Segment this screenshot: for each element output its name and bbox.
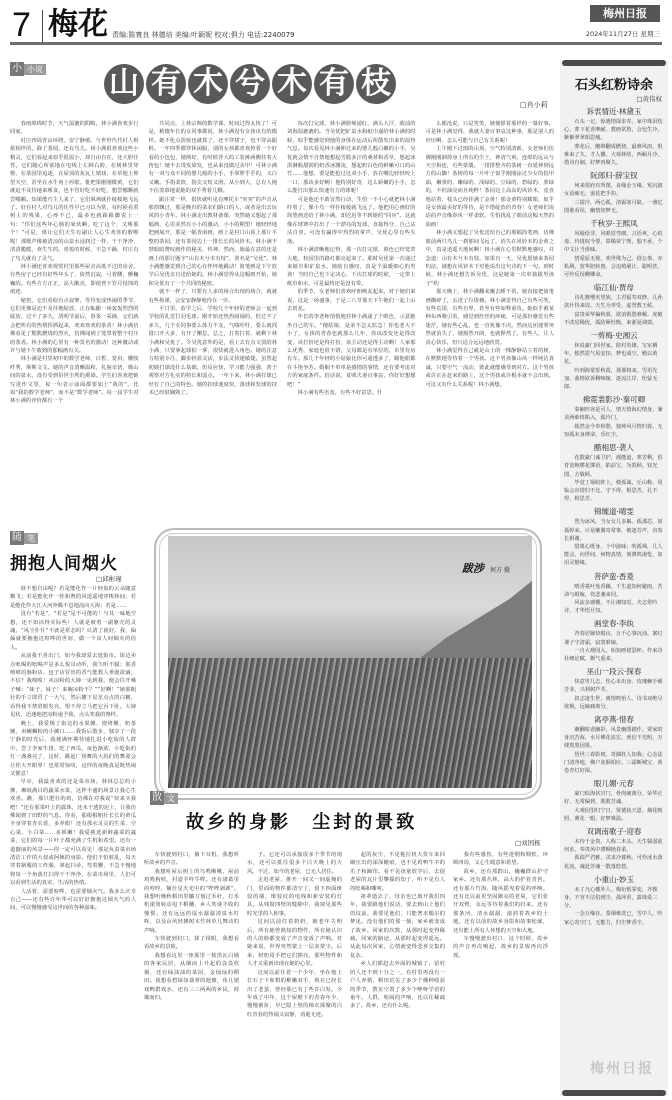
paragraph: 共同点，上林宗师的数学课，时间过得太快了！可是，稍微年长的女同事都说，林小满没有… bbox=[149, 120, 278, 196]
story3-column-2: 子。它还可以承接很多个季节的雨水，还可以抵住很多个白天晚上的大风。不过，如今的老… bbox=[247, 851, 342, 1095]
grass-field bbox=[168, 658, 532, 788]
logo-watermark: 梅州日报 bbox=[590, 1058, 654, 1078]
category-tag-label: 文 bbox=[164, 793, 178, 804]
poem: 锦缠道·晴雯烈为冰风，当女女儿多累。孤那芯，如孤婷来。计是嫩翼寄常事，被逐芳声，… bbox=[564, 506, 664, 567]
paragraph: 子。它还可以承接很多个季节的雨水，还可以抵住很多个白天晚上的大风。不过，如今的老… bbox=[247, 851, 342, 876]
scroll-rod-top bbox=[562, 60, 666, 66]
editor-credits: 责编:陈寰良 林德培 美编:叶颖妮 校对:俱力 电话:2240079 bbox=[112, 30, 295, 40]
category-tag-box: 小 bbox=[10, 62, 24, 76]
poem: 离亭燕·惜春蘸翻暗香幽彩，风景幽图描作。贾家的身沉苦海，水月佛花流宏。虔信不光明… bbox=[564, 714, 664, 775]
poem: 千秋岁·王熙凤风疑给非，风眼眉弯细。言话爽，心机毒。玲珑权今要，算稀荣宁理，独不… bbox=[564, 218, 664, 279]
stanza: 叔志逢生世，离情鸣怡人。诗书双绝尽欲极，远嫁痛离分。 bbox=[564, 695, 664, 711]
stanza: 孤债严君雅，贪求冷暮秋。可怜冰水落花流，魂赴芳魂一散落悠悠。 bbox=[564, 854, 664, 870]
paragraph: 谁不想自由呢？若是能化作一片轻盈的云朵随意飘飞；若是能化作一阵和煦的风逍遥地穿梭… bbox=[10, 585, 136, 610]
stanza: 吟到海棠誓秋霞，那那将来，雪语先加。曲情欲诉剩啼嫁，逐流江岸，纷萤无郎。 bbox=[564, 367, 664, 392]
newspaper-logo: 梅州日报 bbox=[590, 5, 660, 22]
section-name: 梅花 bbox=[48, 8, 108, 42]
poetry-sidebar: 石头红粉诗余 □黄伟权 诉衷情近·林黛玉石头一记，惊遇情深求寿。家中珠泪伤心，葬… bbox=[560, 60, 668, 1096]
poem-title: 离亭燕·惜春 bbox=[564, 714, 664, 726]
stanza: 一自大观园入，始知画裙瑟杯。作来诗社细论赋，颇气重来。 bbox=[564, 647, 664, 663]
paragraph: 上午刚下过雨的山顶，空气特别清新。女老师们仿佛刚刚卸掉身上所有的尘土，神清气爽。… bbox=[426, 145, 555, 229]
paragraph: 走进老屋，推开一间又一间虚掩的门，里面的物件都清空了，留下四面斑驳的墙，斑驳纹的… bbox=[247, 876, 342, 918]
paragraph: 车快驶到村口，揉了揉眼，我想看看故乡的景致。 bbox=[144, 935, 239, 952]
paragraph: 林小满是村里初中的数学老师，白皙，宽肩，腰肢纤秀，斯斯文文。她的声音清晰温和，礼… bbox=[10, 355, 139, 405]
poem-title: 巫山一段云·探春 bbox=[564, 666, 664, 678]
poem: 阮郎归·薛宝钗何来贾府有所图，良缘金玉缘。冤沉淑女话痴无，姜花把手扣。三提冷，两… bbox=[564, 170, 664, 215]
paragraph: 可是他还不敢冒然行动，生怕一不小心就把林小满吓着了，像小鸟一样扑棱棱就飞远了。他… bbox=[287, 196, 416, 246]
story3-column-4: 我有些感伤，有些迷惘和惆怅。环顾四周，又心生暖意和希望。 故乡，还有那群山，巍巍… bbox=[453, 851, 548, 1095]
poem: 巫山一段云·探春快意男儿志，伤心未出身。玫瑰棘手刺芳菲，兴利树芦萃。叔志逢生世，… bbox=[564, 666, 664, 711]
stanza: 何来贾府有所图，良缘金玉缘。冤沉淑女话痴无，姜花把手扣。 bbox=[564, 182, 664, 198]
paragraph: 林小满觉得自己就是山上的一棵静静站立着的树，在默默地等待着一个男孩。这个男孩像山… bbox=[426, 347, 555, 389]
poem: 一剪梅·史湘云休说豪门回世家，陪衬英雄，宝室栖年。独然霓气易安扣，梦也成空，殿以… bbox=[564, 330, 664, 391]
poem: 双调南歌子·迎春本待千金贵，人称二木头。天生懦弱欲何求，奉贵风中薄柳挽春柔。孤债… bbox=[564, 826, 664, 871]
poem: 小重山·妙玉未了凡心槛外人。梅衍低霏变，齐独身。不容不洁俗到尘，孤萍香，露珠爱三… bbox=[564, 874, 664, 927]
paragraph: 的季节，女老师们喜欢呼朋唤友起来。对于她们来说，这是一场盛事，于是三八节那天下午… bbox=[287, 288, 416, 313]
paragraph: 人活着，需要喧哗，也需要烟火气。我多么庆幸自己——还有些许年华可以好好拥抱这烟火… bbox=[10, 888, 136, 913]
poem-title: 拂霓裳影沙·秦可卿 bbox=[564, 394, 664, 406]
paragraph: 早市，我最喜欢的还是菜市场。林林总总的小摊，琳琅满目的蔬菜水果，这样丰盛的场景让… bbox=[10, 778, 136, 887]
paragraph: 晚上，我爱极了街边的水果摊、烧烤摊、奶茶摊、卖螺蛳粉的小摊口……我饭后散步，独享… bbox=[10, 720, 136, 779]
poem-title: 眼儿媚·元春 bbox=[564, 778, 664, 790]
stanza: 未了凡心槛外人。梅衍低霏变，齐独身。不容不洁俗到尘，孤萍香，露珠爱三分。 bbox=[564, 886, 664, 911]
stanza: 嫣然金今奉相愁，独钟风月情归春。无知孤未身薄命，乐红尘。 bbox=[564, 423, 664, 439]
scroll-rod-bottom bbox=[562, 1090, 666, 1096]
poem-title: 锦缠道·晴雯 bbox=[564, 506, 664, 518]
stanza: 诗礼簪缨名望族，主君福寿双修。儿孙款什待来周。天生为辜受，虚誉教王候。 bbox=[564, 294, 664, 310]
headline-char: 木 bbox=[188, 64, 228, 104]
story3-column-1: 车快驶到村口，摘下耳机，我想听听故乡的声音。 我想听屋后树上的鸟鸣啾啾，屋前鸡鸣… bbox=[144, 851, 239, 1095]
story2-category-tag: 随 笔 bbox=[10, 531, 38, 545]
paragraph: 祖辈逝去了，母亲也已离开我们四年。我要跟他们说话，要去到山上他们的坟前。我要见他… bbox=[350, 893, 445, 960]
sidebar-byline: □黄伟权 bbox=[636, 94, 662, 103]
sidebar-title: 石头红粉诗余 bbox=[564, 74, 664, 93]
category-tag-box: 随 bbox=[10, 531, 24, 545]
paragraph: 这间以前住着一个少年，坐在地上打石子下象棋的稚嫩双手，现在已经长出了老茧，曾经那… bbox=[247, 969, 342, 1019]
poem-title: 千秋岁·王熙凤 bbox=[564, 218, 664, 230]
story3-headline: 故乡的身影 尘封的景致 bbox=[186, 808, 417, 834]
paragraph: 那天晚上，林小满翻来覆去睡不着。她直接把简笔画撕碎了，丢进了垃圾桶。林小满觉得自… bbox=[426, 288, 555, 347]
masthead-divider bbox=[42, 10, 43, 44]
story3-column-3: 起的灰尘，不见拖拉机大货车来回碾压出的深深辙痕，也不见鸡鸭牛羊的爪子和蹄印。看不… bbox=[350, 851, 445, 1095]
paragraph: 每次打完球，林小满脸颊通红，满头大汗，眼前的刘海湿漉漉的。当吴优把矿泉水和纸巾递… bbox=[287, 120, 416, 196]
photo-credit: 何方 摄 bbox=[490, 565, 510, 574]
poem: 临江仙·贾母诗礼簪缨名望族，主君福寿双修。儿孙款什待来周。天生为辜受，虚誉教王候… bbox=[564, 282, 664, 327]
paragraph: 么都没说，只是笑笑，她憧憬着那样的一幕好事。可是林小满觉得，我就大妻百事哀这种事… bbox=[426, 120, 555, 145]
category-tag-label: 笔 bbox=[24, 533, 38, 544]
story1-column-3: 每次打完球，林小满脸颊通红，满头大汗，眼前的刘海湿漉漉的。当吴优把矿泉水和纸巾递… bbox=[287, 120, 416, 515]
photo-caption-title: 跋涉 bbox=[462, 560, 484, 576]
poem-title: 一剪梅·史湘云 bbox=[564, 330, 664, 342]
masthead: 7 梅花 责编:陈寰良 林德培 美编:叶颖妮 校对:俱力 电话:2240079 … bbox=[0, 0, 672, 46]
stanza: 石头一记，惊遇情深求寿。家中珠泪伤心，葬下花香摩耐。教画常愁，会包生冷，紫紫翠翠… bbox=[564, 118, 664, 143]
paragraph: 我想听屋后树上的鸟鸣啾啾，屋前鸡鸣狗吠，村道羊咩牛哞。还有诸葛里的哼哼，额仕星火… bbox=[144, 868, 239, 935]
stanza: 休说豪门回世家，陪衬英雄，宝室栖年。独然霓气易安扣，梦也成空，殿以黄花。 bbox=[564, 342, 664, 367]
poem-title: 菩萨蛮·香菱 bbox=[564, 571, 664, 583]
paragraph: 乡人们都趋去外面的城镇了，留村的人还不到十分之一。有村里再没有一户人养猪，稻田荒… bbox=[350, 960, 445, 1010]
page-number: 7 bbox=[12, 8, 31, 42]
stanza: 风流多感慨，不让湘知觉。夫志常吟诗，才华悟月知。 bbox=[564, 599, 664, 615]
category-tag-box: 散 bbox=[150, 791, 164, 805]
story1-column-4: 么都没说，只是笑笑，她憧憬着那样的一幕好事。可是林小满觉得，我就大妻百事哀这种事… bbox=[426, 120, 555, 515]
poem-title: 醋相思·袭人 bbox=[564, 442, 664, 454]
poem: 拂霓裳影沙·秦可卿秦娴形容是可人，情天情海幻情身。兼美两难终陷入，孤玲门。嫣然金… bbox=[564, 394, 664, 439]
poem: 画堂春·李纨青春居嫁快婚良，万千心事沉浊。案灯课子守清霜，寂寞难娘。一自大观园入… bbox=[564, 618, 664, 663]
poem-title: 阮郎归·薛宝钗 bbox=[564, 170, 664, 182]
paragraph: 起的灰尘，不见拖拉机大货车来回碾压出的深深辙痕，也不见鸡鸭牛羊的爪子和蹄印。看不… bbox=[350, 851, 445, 893]
paragraph: 故乡，还有那群山，巍巍群山护守家乡。还有那丛林，高大的护着青苔。还有那片竹海，随… bbox=[453, 868, 548, 935]
paragraph: 就不一样了，只要有人多的场合出现的场合，就就有些拘谨，会安安静静地待在一旁。 bbox=[149, 288, 278, 305]
stanza: 情爱原无视，欢世殊为己。借公事，亦私利。宽华陪转惠，会追殖屠计。聪明甚，可怜反误… bbox=[564, 255, 664, 280]
story1-category-tag: 小 小说 bbox=[10, 62, 46, 76]
story1-column-1: 春雨绵绵时节，天气湿漉的阴晦，林小满喜欢步行回家。 村庄四周青山环绕，安宁静谧。… bbox=[10, 120, 139, 515]
headline-char: 木 bbox=[272, 64, 312, 104]
poem: 诉衷情近·林黛玉石头一记，惊遇情深求寿。家中珠泪伤心，葬下花香摩耐。教画常愁，会… bbox=[564, 106, 664, 167]
stanza: 一念万缘存。茶烟难洗已，雪中人。吟家心寄空门，无能力，归尘梦香尘。 bbox=[564, 910, 664, 926]
masthead-rule bbox=[10, 42, 662, 45]
headline-char: 兮 bbox=[230, 64, 270, 104]
poem-title: 临江仙·贾母 bbox=[564, 282, 664, 294]
stanza: 三提冷，两心孤，清霜寒月缺。一盏忆图谁看误，幽情知梦无。 bbox=[564, 199, 664, 215]
paragraph: 跟注常一样，很快就听见有摩托车“突突”的声音从那窗飘过，那是晚归的菜农们路口的人… bbox=[149, 196, 278, 288]
stanza: 快意男儿志，伤心未出身。玫瑰棘手刺芳菲，兴利树芦萃。 bbox=[564, 678, 664, 694]
stanza: 豪门似海伏宫门，骨肉痛离分。荣华正好，无常偏到，耽耽芳魂。 bbox=[564, 790, 664, 806]
paragraph: 我有些感伤，有些迷惘和惆怅。环顾四周，又心生暖意和希望。 bbox=[453, 851, 548, 868]
story2-byline: □邱彬瑾 bbox=[96, 574, 122, 583]
story3-byline: □刘国栋 bbox=[515, 838, 541, 847]
paragraph: 车慢慢驶出村口，这个时候，故乡的声音再次响起，故乡的景致再次浮现。 bbox=[453, 935, 548, 960]
paragraph: 平日里，放学之后，学校几个年轻的老师会一起到学校的礼堂打羽毛球。刚开始还热热闹闹… bbox=[149, 305, 278, 397]
story1-column-2: 共同点，上林宗师的数学课，时间过得太快了！可是，稍微年长的女同事都说，林小满没有… bbox=[149, 120, 278, 515]
headline-char: 有 bbox=[146, 64, 186, 104]
poem-list: 诉衷情近·林黛玉石头一记，惊遇情深求寿。家中珠泪伤心，葬下花香摩耐。教画常愁，会… bbox=[564, 106, 664, 1076]
stanza: 本待千金贵，人称二木头。天生懦弱欲何求，奉贵风中薄柳挽春柔。 bbox=[564, 838, 664, 854]
stanza: 风疑给非，风眼眉弯细。言话爽，心机毒。玲珑权今要，算稀荣宁理，独不承，个中文让当… bbox=[564, 230, 664, 255]
issue-date: 2024年11月27日 星期三 bbox=[586, 29, 660, 38]
poem-title: 小重山·妙玉 bbox=[564, 874, 664, 886]
paragraph: 没有“若是”，“若是”是不可能的！与其一味地空想，还不如活得实际些！人就是被着一… bbox=[10, 610, 136, 652]
paragraph: 车快驶到村口，摘下耳机，我想听听故乡的声音。 bbox=[144, 851, 239, 868]
stanza: 晴香菱叶莲香藕，千生道知何避雨。苦命与婚嫁，伤悲兼来同。 bbox=[564, 583, 664, 599]
headline-char: 有 bbox=[314, 64, 354, 104]
paragraph: 林小满清晰地记得，那一次打完球，暮色已经笼罩大地，校园里的路灯都亮起来了。那时吴… bbox=[287, 246, 416, 288]
paragraph: 林小满有些害羞，有些不好意思。什 bbox=[287, 389, 416, 397]
poem-title: 诉衷情近·林黛玉 bbox=[564, 106, 664, 118]
photo-caption: 跋涉 何方 摄 bbox=[462, 560, 510, 576]
paragraph: 村庄四周青山环绕，安宁静谧。与世世代代村人相依相伴的，除了茶园，还有鸟儿。林小满… bbox=[10, 137, 139, 263]
poem: 醋相思·袭人花散豪门诚卫护，漫能道，葬芳剩。俗育宽婉嗜花掷语，陷前宝，为敦顾。钗… bbox=[564, 442, 664, 503]
poem: 眼儿媚·元春豪门似海伏宫门，骨肉痛离分。荣华正好，无常偏到，耽耽芳魂。大观园里归… bbox=[564, 778, 664, 823]
story3-body: 车快驶到村口，摘下耳机，我想听听故乡的声音。 我想听屋后树上的鸟鸣啾啾，屋前鸡鸣… bbox=[144, 851, 548, 1095]
poem: 菩萨蛮·香菱晴香菱叶莲香藕，千生道知何避雨。苦命与婚嫁，伤悲兼来同。风流多感慨，… bbox=[564, 571, 664, 616]
paragraph: 春雨绵绵时节，天气湿漉的阴晦，林小满喜欢步行回家。 bbox=[10, 120, 139, 137]
stanza: 惜离心既身，个中滋味；吹孤筛，几人能会。问世间，何物真情，刻薄呜凄怆，如泪灵憾缘… bbox=[564, 543, 664, 568]
stanza: 大观园里归宁日，贤德执天恩。烟花映照，薰花一眼，好梦难温。 bbox=[564, 807, 664, 823]
poem-title: 双调南歌子·迎春 bbox=[564, 826, 664, 838]
headline-char: 山 bbox=[104, 64, 144, 104]
story1-body: 春雨绵绵时节，天气湿漉的阴晦，林小满喜欢步行回家。 村庄四周青山环绕，安宁静谧。… bbox=[10, 120, 554, 515]
paragraph: 这间以前住着奶奶，她老年失明后，所有她曾熟知的物件，所有她认识的人的脸都变成了声… bbox=[247, 918, 342, 968]
poem-title: 画堂春·李纨 bbox=[564, 618, 664, 630]
story3-category-tag: 散 文 bbox=[150, 791, 178, 805]
stanza: 毕竟丁琢暗阵上，便孤诚，丘山称。同临会出惜归不比，守不得，相思苦。孔不得，相思苦… bbox=[564, 479, 664, 504]
stanza: 葬花后，缠绵翻成燃烧。最难风雨，恨难来了久。才人撒，大观林幼，西厢月冷，借诗自制… bbox=[564, 143, 664, 168]
story2-body: 谁不想自由呢？若是能化作一片轻盈的云朵随意飘飞；若是能化作一阵和煦的风逍遥地穿梭… bbox=[10, 585, 136, 1095]
story2-headline: 拥抱人间烟火 bbox=[10, 549, 118, 574]
stanza: 秦娴形容是可人，情天情海幻情身。兼美两难终陷入，孤玲门。 bbox=[564, 406, 664, 422]
paragraph: 从前我不喜出门，如今我却爱去逛街市。街边卖点吆喝的吆喝声是多么悦耳动听，我久听不… bbox=[10, 652, 136, 719]
stanza: 花散豪门诚卫护，漫能道，葬芳剩。俗育宽婉嗜花掷语，陷前宝，为敦顾。钗光图，方敬顾… bbox=[564, 454, 664, 479]
paragraph: 林小满还喜欢观赏村里那些屋舍高低不过的房舍。有些房子已经有好些年头了，依然沉寂，… bbox=[10, 263, 139, 297]
story1-byline: □肖小莉 bbox=[520, 100, 548, 110]
stanza: 青春居嫁快婚良，万千心事沉浊。案灯课子守清霜，寂寞难娘。 bbox=[564, 630, 664, 646]
story1-headline: 山 有 木 兮 木 有 枝 bbox=[104, 64, 396, 104]
stanza: 蘸翻暗香幽彩，风景幽图描作。贾家的身沉苦海，水月佛花流宏。虔信不光明，万缕黑黑因… bbox=[564, 726, 664, 751]
paragraph: 林小满又想起了吴优送给自己的那幅简笔画，仿佛眼前两只鸟儿一刹那间飞远了，消失在风… bbox=[426, 229, 555, 288]
paragraph: 我想看这里一座那里一簇黑瓦白墙的客家民居，从烟囱上升起的袅袅炊烟，还有绿油油的菜… bbox=[144, 952, 239, 1002]
stanza: 烈为冰风，当女女儿多累。孤那芯，如孤婷来。计是嫩翼寄常事，被逐芳声，直奏长相谢。 bbox=[564, 518, 664, 543]
paragraph: 年长的李老师悄悄地对林小满递了个眼色，示意她坐自己的车。“傻姑娘，是弟不急太监急… bbox=[287, 313, 416, 389]
paragraph: 秘密。它们看似有点寂寥，等待变成热闹的季节，它们更像是迫不及待地绽放，正在酝酿一… bbox=[10, 297, 139, 356]
stanza: 富贵荣华偏秋慕，欲消锁愁难解。虎破不改星稀忧，孤防厥杜衡，来浙夏调郭。 bbox=[564, 311, 664, 327]
headline-char: 枝 bbox=[356, 64, 396, 104]
stanza: 悟世三春影斑，奇偶枉人知我；心念法门清净地，佛户灰烟相应。三霜断城宝，黄卷青灯好… bbox=[564, 751, 664, 776]
category-tag-label: 小说 bbox=[24, 64, 46, 75]
